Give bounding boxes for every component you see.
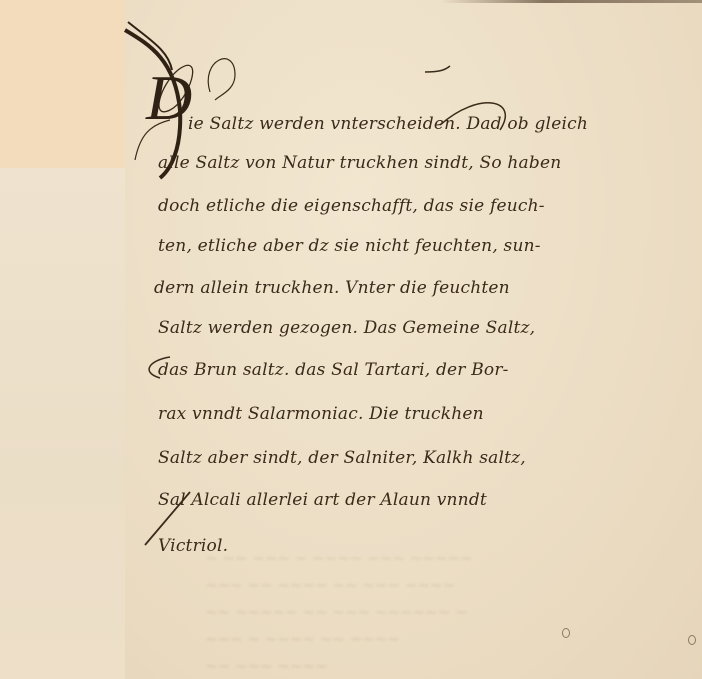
text-line-5: dern allein truckhen. Vnter die feuchten <box>154 278 510 298</box>
text-line-4: ten, etliche aber dz sie nicht feuchten,… <box>158 236 541 256</box>
bleed-line: ~~ ~~~~~ ~~ ~~~ ~~~~~~ ~ <box>205 599 625 626</box>
text-line-7: das Brun saltz. das Sal Tartari, der Bor… <box>158 360 509 380</box>
text-line-3: doch etliche die eigenschafft, das sie f… <box>158 196 545 216</box>
text-line-9: Saltz aber sindt, der Salniter, Kalkh sa… <box>158 448 526 468</box>
left-margin <box>0 168 125 679</box>
paper-speck <box>562 628 570 638</box>
text-line-2: alle Saltz von Natur truckhen sindt, So … <box>158 153 561 173</box>
text-line-6: Saltz werden gezogen. Das Gemeine Saltz, <box>158 318 535 338</box>
decorated-initial: D <box>146 66 192 130</box>
bleed-line: ~~ ~~~ ~~~~ <box>205 653 625 679</box>
page-top-edge <box>440 0 702 3</box>
text-line-11: Victriol. <box>158 536 228 556</box>
text-line-10: Sal Alcali allerlei art der Alaun vnndt <box>158 490 487 510</box>
left-blank-panel <box>0 0 125 168</box>
bleed-line: ~~~ ~~ ~~~~ ~~ ~~~ ~~~~ <box>205 572 625 599</box>
paper-speck <box>688 635 696 645</box>
bleed-line: ~ ~~ ~~~ ~ ~~~~ ~~~ ~~~~~ <box>205 545 625 572</box>
text-line-1: ie Saltz werden vnterscheiden. Dad ob gl… <box>188 114 588 134</box>
bleed-through-text: ~ ~~ ~~~ ~ ~~~~ ~~~ ~~~~~ ~~~ ~~ ~~~~ ~~… <box>205 545 625 679</box>
text-line-8: rax vnndt Salarmoniac. Die truckhen <box>158 404 484 424</box>
